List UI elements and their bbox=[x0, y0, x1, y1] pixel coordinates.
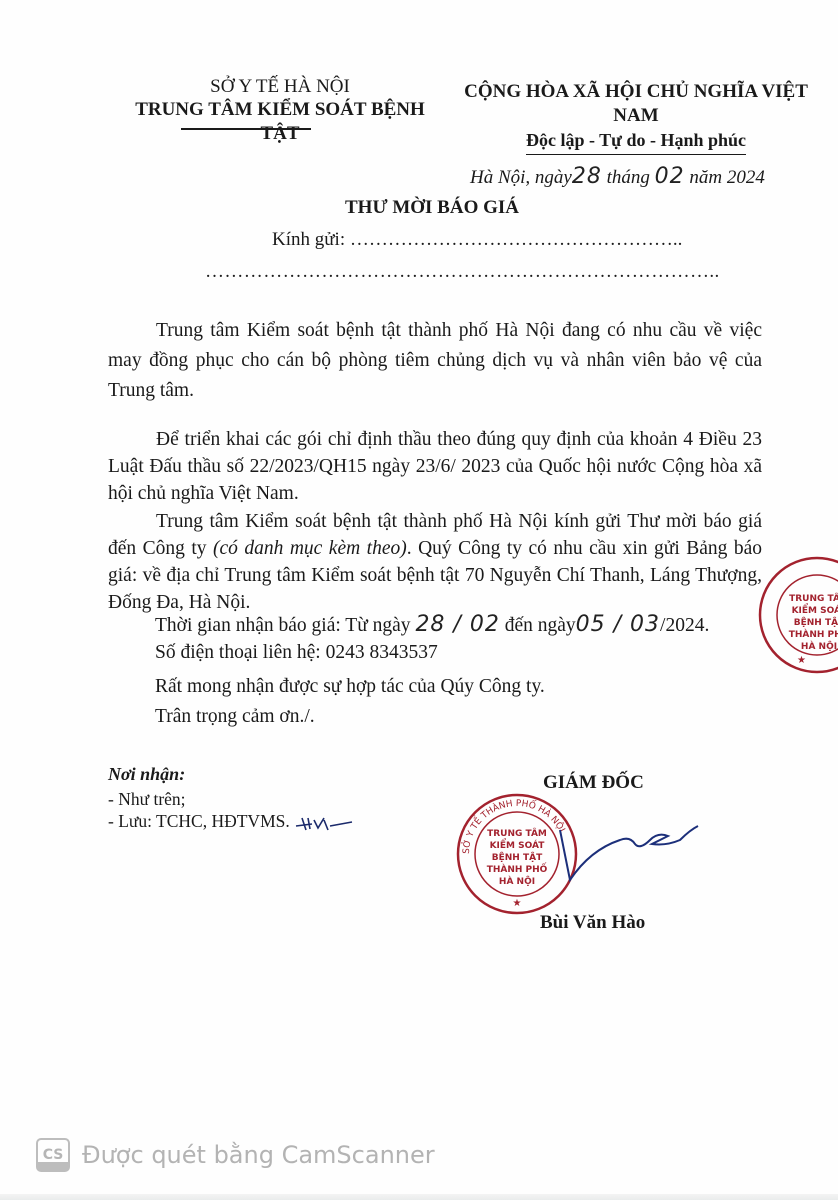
svg-text:KIỂM SOÁT: KIỂM SOÁT bbox=[490, 838, 546, 851]
department-name: SỞ Y TẾ HÀ NỘI bbox=[130, 76, 430, 98]
page-seal-icon: TRUNG TÂM KIỂM SOÁT BỆNH TẬT THÀNH PHỐ H… bbox=[757, 555, 838, 675]
contact-phone: Số điện thoại liên hệ: 0243 8343537 bbox=[155, 642, 438, 664]
svg-text:TRUNG TÂM: TRUNG TÂM bbox=[789, 592, 838, 604]
date-month: 02 bbox=[655, 164, 685, 189]
signer-name: Bùi Văn Hào bbox=[540, 912, 645, 934]
svg-text:THÀNH PHỐ: THÀNH PHỐ bbox=[789, 627, 838, 640]
scanner-watermark: CS Được quét bằng CamScanner bbox=[36, 1138, 435, 1172]
date-day: 28 bbox=[572, 164, 602, 189]
recipients-label: Nơi nhận: bbox=[108, 764, 185, 785]
national-header: CỘNG HÒA XÃ HỘI CHỦ NGHĨA VIỆT NAM Độc l… bbox=[440, 80, 832, 155]
svg-text:BỆNH TẬT: BỆNH TẬT bbox=[492, 852, 543, 863]
document-title: THƯ MỜI BÁO GIÁ bbox=[345, 197, 519, 219]
initials-scribble-icon bbox=[294, 812, 354, 834]
signature-icon bbox=[540, 800, 700, 890]
recipient-item: - Như trên; bbox=[108, 789, 186, 810]
closing-thanks: Trân trọng cảm ơn./. bbox=[155, 706, 315, 728]
recipient-item: - Lưu: TCHC, HĐTVMS. bbox=[108, 811, 354, 834]
period-to: 05 / 03 bbox=[576, 612, 660, 637]
svg-text:BỆNH TẬT: BỆNH TẬT bbox=[794, 617, 838, 628]
paragraph-need: Trung tâm Kiểm soát bệnh tật thành phố H… bbox=[108, 316, 762, 406]
addressee-blank: …………………………………………………………………….. bbox=[205, 261, 720, 283]
closing-cooperation: Rất mong nhận được sự hợp tác của Qúy Cô… bbox=[155, 676, 545, 698]
period-from: 28 / 02 bbox=[415, 612, 499, 637]
svg-text:HÀ NỘI: HÀ NỘI bbox=[801, 640, 837, 652]
svg-text:TRUNG TÂM: TRUNG TÂM bbox=[487, 827, 547, 839]
svg-text:THÀNH PHỐ: THÀNH PHỐ bbox=[487, 862, 548, 875]
signer-position: GIÁM ĐỐC bbox=[543, 772, 644, 794]
svg-text:★: ★ bbox=[797, 655, 806, 666]
scan-edge bbox=[0, 1194, 838, 1200]
svg-text:KIỂM SOÁT: KIỂM SOÁT bbox=[792, 603, 838, 616]
watermark-text: Được quét bằng CamScanner bbox=[82, 1141, 435, 1169]
organization-name: TRUNG TÂM KIỂM SOÁT BỆNH TẬT bbox=[130, 98, 430, 146]
addressee-line: Kính gửi: …………………………………………….. bbox=[272, 229, 682, 251]
document-date: Hà Nội, ngày28 tháng 02 năm 2024 bbox=[470, 164, 765, 189]
issuer-header: SỞ Y TẾ HÀ NỘI TRUNG TÂM KIỂM SOÁT BỆNH … bbox=[130, 76, 430, 146]
paragraph-legal-basis: Để triển khai các gói chỉ định thầu theo… bbox=[108, 426, 762, 507]
organization-underline bbox=[181, 128, 311, 130]
svg-text:HÀ NỘI: HÀ NỘI bbox=[499, 875, 535, 887]
national-motto: Độc lập - Tự do - Hạnh phúc bbox=[526, 128, 746, 155]
national-title: CỘNG HÒA XÃ HỘI CHỦ NGHĨA VIỆT NAM bbox=[440, 80, 832, 128]
svg-text:★: ★ bbox=[513, 898, 522, 909]
camscanner-logo-icon: CS bbox=[36, 1138, 70, 1172]
quotation-period: Thời gian nhận báo giá: Từ ngày 28 / 02 … bbox=[155, 612, 709, 637]
paragraph-invitation: Trung tâm Kiểm soát bệnh tật thành phố H… bbox=[108, 508, 762, 616]
